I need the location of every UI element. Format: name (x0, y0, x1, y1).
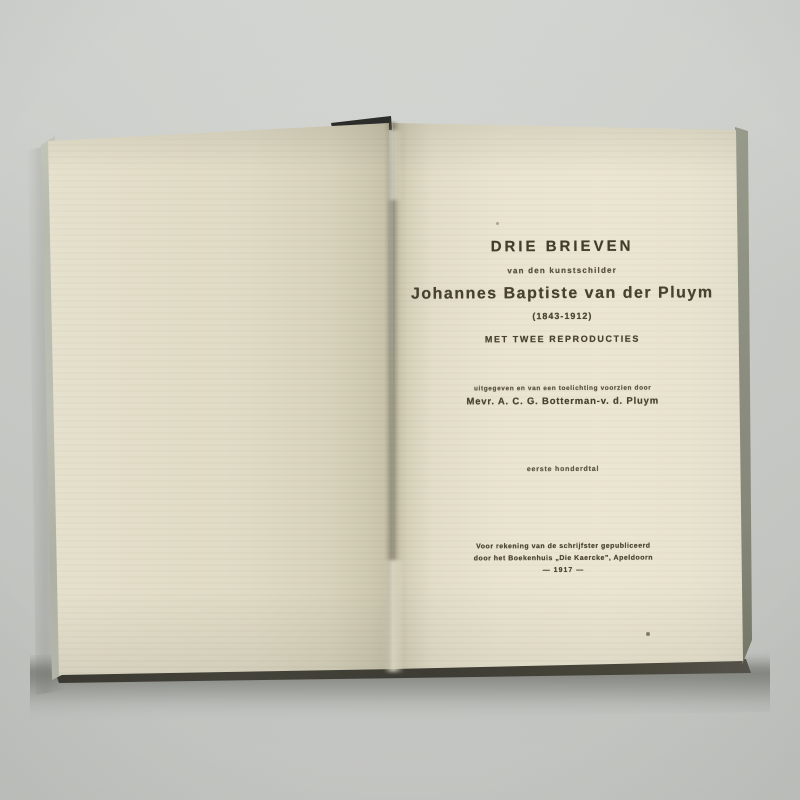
gutter-fold-highlight-bottom (384, 560, 404, 672)
imprint-line-1: Voor rekening van de schrijfster gepubli… (406, 542, 721, 550)
editor-name-line: Mevr. A. C. G. Botterman-v. d. Pluym (405, 395, 720, 407)
photo-of-open-book: DRIE BRIEVEN van den kunstschilder Johan… (0, 0, 800, 800)
illustrations-note: MET TWEE REPRODUCTIES (405, 333, 720, 344)
series-line: van den kunstschilder (405, 265, 720, 275)
author-life-dates: (1843-1912) (405, 310, 720, 321)
book-title: DRIE BRIEVEN (405, 237, 720, 255)
imprint-year-line: — 1917 — (406, 566, 721, 574)
gutter-fold-highlight-top (386, 130, 402, 200)
imprint-line-2: door het Boekenhuis „Die Kaercke”, Apeld… (406, 554, 721, 562)
paper-speck (646, 632, 650, 636)
title-page-text-block: DRIE BRIEVEN van den kunstschilder Johan… (403, 0, 721, 701)
limited-edition-note: eerste honderdtal (406, 465, 721, 473)
editor-intro-line: uitgegeven en van een toelichting voorzi… (405, 384, 720, 392)
paper-speck (496, 222, 499, 225)
author-name: Johannes Baptiste van der Pluym (405, 284, 720, 303)
